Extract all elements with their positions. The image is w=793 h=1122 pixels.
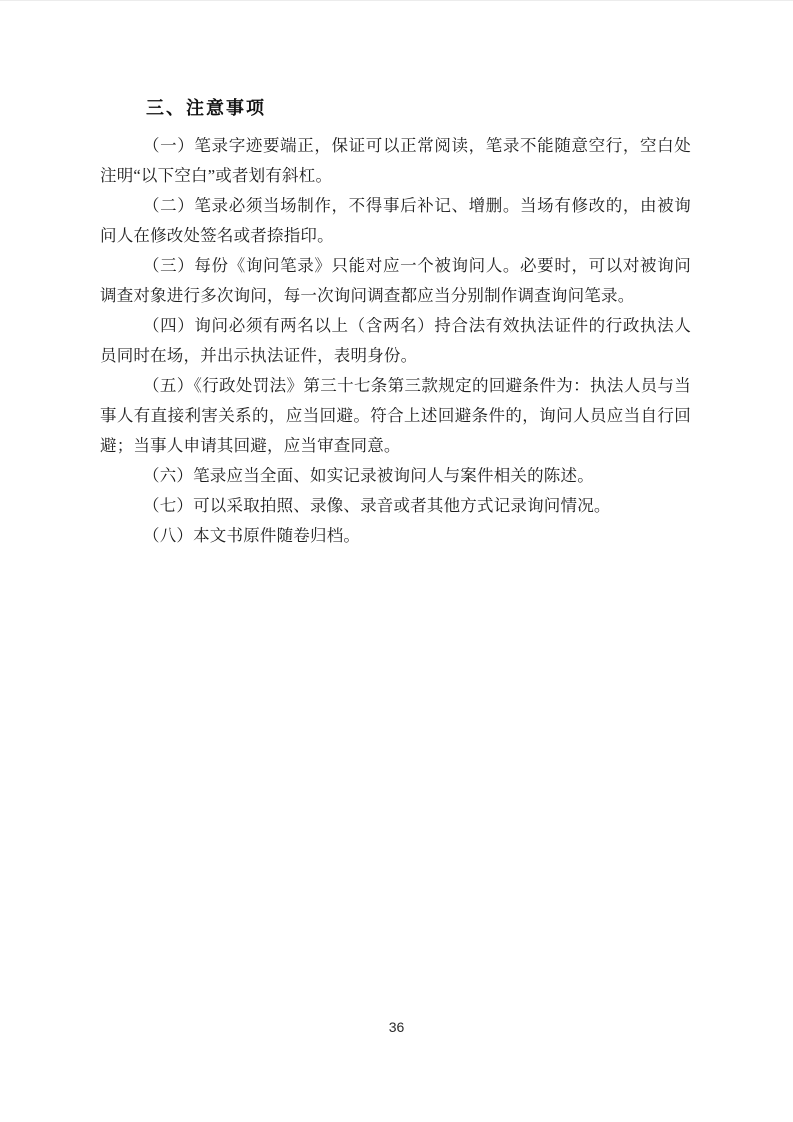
page-number: 36: [0, 1019, 793, 1035]
document-page: 三、注意事项 （一）笔录字迹要端正，保证可以正常阅读，笔录不能随意空行，空白处注…: [0, 0, 793, 1122]
section-heading: 三、注意事项: [100, 93, 691, 123]
note-paragraph-3: （三）每份《询问笔录》只能对应一个被询问人。必要时，可以对被询问调查对象进行多次…: [100, 251, 691, 311]
note-paragraph-6: （六）笔录应当全面、如实记录被询问人与案件相关的陈述。: [100, 461, 691, 491]
note-paragraph-5: （五）《行政处罚法》第三十七条第三款规定的回避条件为：执法人员与当事人有直接利害…: [100, 371, 691, 461]
note-paragraph-4: （四）询问必须有两名以上（含两名）持合法有效执法证件的行政执法人员同时在场，并出…: [100, 311, 691, 371]
note-paragraph-7: （七）可以采取拍照、录像、录音或者其他方式记录询问情况。: [100, 491, 691, 521]
page-content: 三、注意事项 （一）笔录字迹要端正，保证可以正常阅读，笔录不能随意空行，空白处注…: [100, 93, 691, 551]
note-paragraph-8: （八）本文书原件随卷归档。: [100, 521, 691, 551]
note-paragraph-1: （一）笔录字迹要端正，保证可以正常阅读，笔录不能随意空行，空白处注明“以下空白”…: [100, 131, 691, 191]
note-paragraph-2: （二）笔录必须当场制作，不得事后补记、增删。当场有修改的，由被询问人在修改处签名…: [100, 191, 691, 251]
